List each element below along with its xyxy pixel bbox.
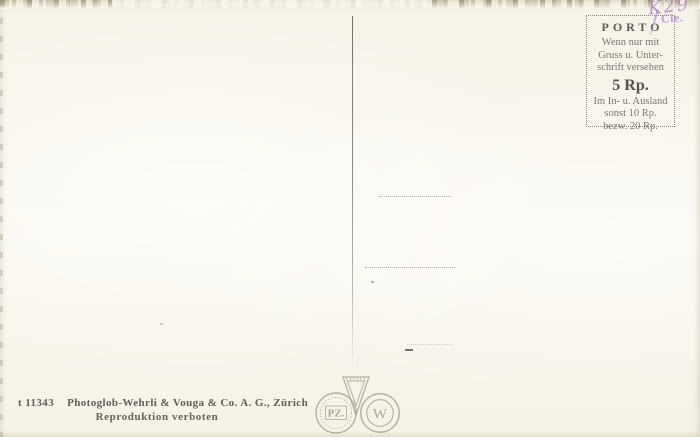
torn-edge-fade: [0, 0, 700, 9]
deckled-left-edge: [0, 0, 3, 437]
porto-detail-line-2: sonst 10 Rp.: [587, 108, 674, 121]
ink-speck: [371, 281, 374, 283]
w-logo-label: W: [373, 407, 388, 423]
publisher-imprint: t 11343Photoglob-Wehrli & Vouga & Co. A.…: [18, 397, 308, 409]
porto-note-line-1: Wenn nur mit: [587, 37, 674, 50]
pz-circle-logo-icon: PZ.: [314, 391, 358, 435]
porto-rate-value: 5 Rp.: [587, 77, 674, 95]
address-dotted-line-3: [407, 344, 452, 345]
center-divider-line: [352, 16, 353, 368]
paper-speck: [160, 323, 163, 325]
purple-stamp-text: Cie.: [661, 10, 684, 27]
porto-note-line-3: schrift versehen: [587, 62, 674, 75]
address-dotted-line-2: [365, 267, 455, 268]
porto-detail-line-3: bezw. 20 Rp.: [587, 121, 674, 134]
porto-note-line-2: Gruss u. Unter-: [587, 50, 674, 63]
w-circle-logo-icon: W: [359, 392, 401, 434]
reproduction-notice: Reproduktion verboten: [18, 411, 296, 423]
address-dotted-line-1: [379, 196, 451, 197]
pz-logo-label: PZ.: [328, 408, 345, 420]
serial-number: t 11343: [18, 397, 54, 409]
postcard-back: PORTO Wenn nur mit Gruss u. Unter- schri…: [0, 0, 700, 437]
publisher-name: Photoglob-Wehrli & Vouga & Co. A. G., Zü…: [67, 397, 308, 409]
porto-rate-box: PORTO Wenn nur mit Gruss u. Unter- schri…: [586, 15, 675, 127]
porto-detail-line-1: Im In- u. Ausland: [587, 96, 674, 109]
ink-dash-mark: [405, 349, 413, 351]
